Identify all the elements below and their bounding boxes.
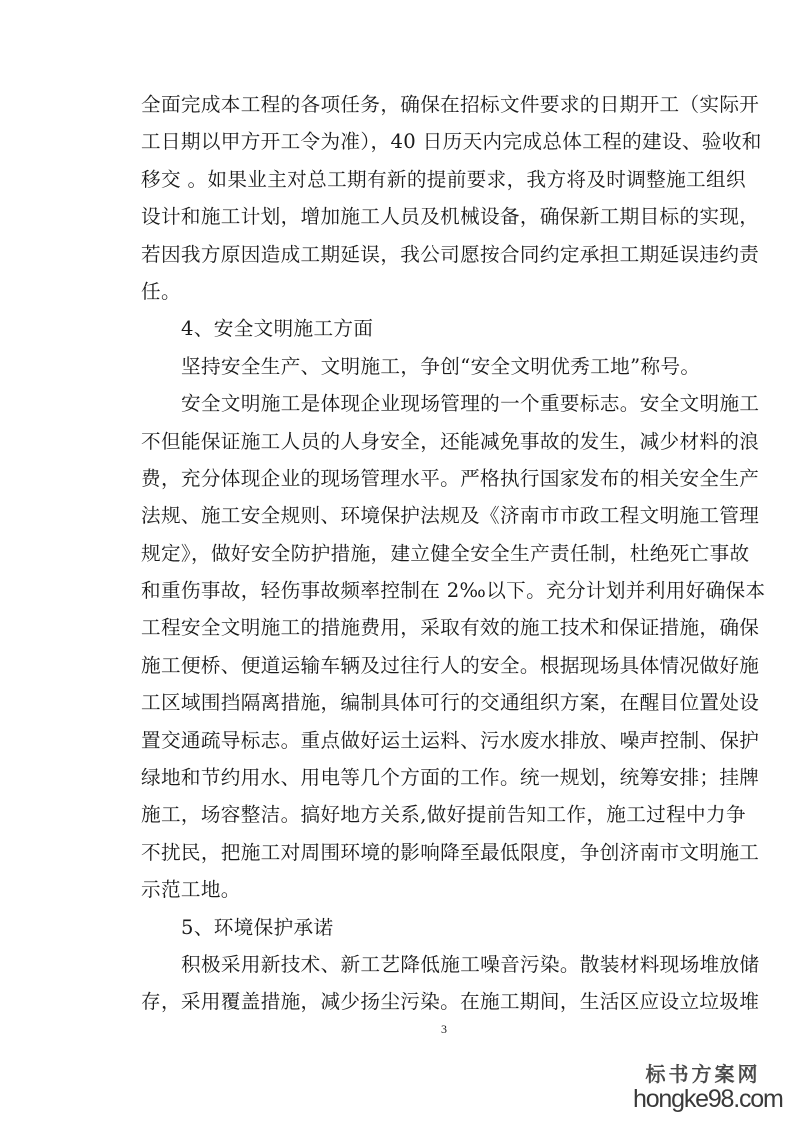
text-line: 坚持安全生产、文明施工，争创“安全文明优秀工地”称号。	[141, 348, 706, 385]
text-line: 施工，场容整洁。搞好地方关系,做好提前告知工作，施工过程中力争	[141, 796, 706, 833]
text-line: 不但能保证施工人员的人身安全，还能减免事故的发生，减少材料的浪	[141, 423, 706, 460]
text-line: 规定》，做好安全防护措施，建立健全安全生产责任制，杜绝死亡事故	[141, 535, 706, 572]
text-line: 施工便桥、便道运输车辆及过往行人的安全。根据现场具体情况做好施	[141, 647, 706, 684]
watermark-logo: 标书方案网 hongke98.com	[633, 1063, 773, 1113]
text-line: 置交通疏导标志。重点做好运土运料、污水废水排放、噪声控制、保护	[141, 722, 706, 759]
text-line: 全面完成本工程的各项任务，确保在招标文件要求的日期开工（实际开	[141, 86, 706, 123]
text-line: 任。	[141, 273, 706, 310]
text-line: 工程安全文明施工的措施费用，采取有效的施工技术和保证措施，确保	[141, 609, 706, 646]
text-line: 4、安全文明施工方面	[141, 310, 706, 347]
text-line: 设计和施工计划，增加施工人员及机械设备，确保新工期目标的实现，	[141, 198, 706, 235]
text-line: 法规、施工安全规则、环境保护法规及《济南市市政工程文明施工管理	[141, 497, 706, 534]
text-line: 5、环境保护承诺	[141, 909, 706, 946]
text-line: 积极采用新技术、新工艺降低施工噪音污染。散装材料现场堆放储	[141, 946, 706, 983]
body-text: 全面完成本工程的各项任务，确保在招标文件要求的日期开工（实际开工日期以甲方开工令…	[141, 86, 706, 1021]
watermark-chinese-text: 标书方案网	[633, 1063, 773, 1085]
text-line: 绿地和节约用水、用电等几个方面的工作。统一规划，统筹安排；挂牌	[141, 759, 706, 796]
text-line: 工区域围挡隔离措施，编制具体可行的交通组织方案，在醒目位置处设	[141, 684, 706, 721]
document-page: 全面完成本工程的各项任务，确保在招标文件要求的日期开工（实际开工日期以甲方开工令…	[0, 0, 793, 1122]
page-number: 3	[441, 1022, 447, 1037]
watermark-domain-text: hongke98.com	[633, 1085, 773, 1113]
text-line: 不扰民，把施工对周围环境的影响降至最低限度，争创济南市文明施工	[141, 834, 706, 871]
text-line: 移交 。如果业主对总工期有新的提前要求，我方将及时调整施工组织	[141, 161, 706, 198]
text-line: 工日期以甲方开工令为准），40 日历天内完成总体工程的建设、验收和	[141, 123, 706, 160]
text-line: 费，充分体现企业的现场管理水平。严格执行国家发布的相关安全生产	[141, 460, 706, 497]
text-line: 存，采用覆盖措施，减少扬尘污染。在施工期间，生活区应设立垃圾堆	[141, 983, 706, 1020]
text-line: 安全文明施工是体现企业现场管理的一个重要标志。安全文明施工	[141, 385, 706, 422]
text-line: 示范工地。	[141, 871, 706, 908]
text-line: 和重伤事故，轻伤事故频率控制在 2‰以下。充分计划并利用好确保本	[141, 572, 706, 609]
text-line: 若因我方原因造成工期延误，我公司愿按合同约定承担工期延误违约责	[141, 236, 706, 273]
